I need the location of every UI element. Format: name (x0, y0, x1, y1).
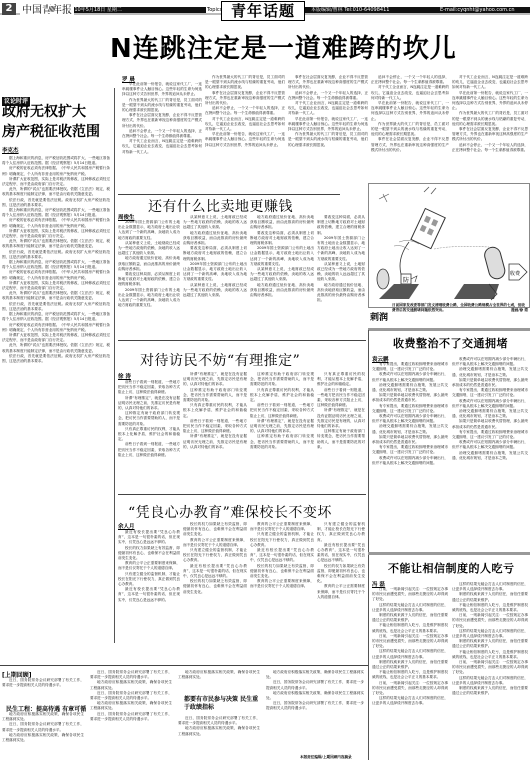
cartoon-credit: 漫画/徐 简 (511, 308, 528, 313)
article5-headline: 收费整治不了交通拥堵 (393, 335, 508, 351)
svg-text:防: 防 (403, 276, 409, 284)
left-author: 李克杰 (2, 146, 19, 154)
cartoon-bottom-rule (368, 328, 530, 331)
article3-col2: 所谓“有理推定”，就是在没有证据证明访民无理之前，先推定访民是有理的，认真对待他… (183, 372, 247, 488)
main-body-col4: 追问不会停止，一个又一个年轻人的选择，正在拷问整个社会。每一个生命都值得被尊重。… (371, 75, 449, 180)
recap-body-col1: 地方政府应积极落实相关政策，确保各项民生工程落到实处。近日，国务院常务会议研究部… (2, 712, 84, 762)
article2-headline: 还有什么比卖地更赚钱 (148, 196, 293, 216)
recap-subhead-2: 都要有市民参与决策 民生重于政绩指标 (184, 696, 260, 712)
article6-col2: 这样的结果无疑会打击人们对制度的信任，让更多的人选择绕开制度去办事。制度的权威来… (452, 582, 528, 761)
article4-col3: 教育的公平公正需要制度来保障，而不是仅仅寄托于个人的道德自律。只有建立健全的监督… (250, 522, 314, 640)
article3-bottom-rule (118, 494, 366, 495)
article3-col1: 前些日子看到一则报道，一些地方把访民当作不稳定因素，采取各种方式阻止上访，这种做… (118, 380, 180, 488)
article4-col4: 只有建立健全的监督机制，才能让校长在阳光下行使权力，真正做到凭良心办教育。最近有… (317, 522, 365, 640)
article3-col3: 这种推定有助于政府部门转变观念，把访民当作需要帮助的人，而不是需要防范的对象。只… (250, 372, 314, 488)
main-body-col5: 对于代工企业而言，N连跳注定是一道难跨的坎儿，它逼迫企业去改变，也逼迫社会去思考… (452, 75, 528, 180)
main-headline: N连跳注定是一道难跨的坎儿 (110, 28, 457, 65)
cartoon-caption: 日前国家发改委等部门发文清理收费公路，全国收费公路规模占全世界的七成，但收费背后… (392, 303, 528, 313)
masthead: 2 中国青年报 ///// 2010年5月18日 星期二 Topics 青年话题… (0, 0, 530, 22)
article2-col1: 2009年国土资源部门公布的土地出让金数据显示，地方政府土地出让收入达到了一个新… (118, 220, 180, 328)
hatch-decoration: ///// (48, 5, 55, 13)
recap-body-col5: 地方政府应积极落实相关政策，确保各项民生工程落到实处。近日，国务院常务会议研究部… (266, 670, 364, 752)
cartoon-illustration: 防 收费 (369, 184, 530, 308)
recap-body-col4: 近日，国务院常务会议研究部署了有关工作，要求进一步提高相关人员的待遇水平。地方政… (178, 716, 260, 762)
svg-text:收费: 收费 (510, 270, 521, 277)
editorial-cartoon: 防 收费 (368, 183, 530, 308)
page-number: 2 (2, 3, 16, 15)
issue-date: 2010年5月18日 星期二 (68, 7, 122, 13)
article5-bottom-rule (368, 552, 530, 555)
article4-headline: “凭良心办教育”难保校长不变坏 (128, 502, 332, 522)
section-title: 青年话题 (221, 1, 305, 21)
recap-body-col2: 近日，国务院常务会议研究部署了有关工作，要求进一步提高相关人员的待遇水平。地方政… (90, 670, 172, 762)
recap-footer: 本版责任编辑/上期回顾内容摘录 (300, 755, 352, 760)
article4-col1: 最近有校长提出要“凭良心办教育”，这本是一句很朴素的话，但在现实中，仅凭良心是远… (118, 530, 180, 640)
article2-col4: 要改变这种局面，必须从制度上切断地方政府对土地财政的依赖，建立合理的财税体制。2… (317, 215, 365, 328)
article3-author: 徐 涛 (118, 372, 131, 380)
left-divider (114, 88, 115, 643)
article6-col1: 日前，一则新闻引起关注：一位按规定办事的市民反而遭受损失，而那些走捷径的人却得到… (372, 587, 448, 761)
article3-col4: 只有真正尊重访民的权利，才能从根本上化解矛盾，维护社会的和谐稳定。前些日子看到一… (317, 372, 365, 488)
main-bottom-rule (118, 194, 340, 195)
editor-info: 本版编辑/曹林 Tel:010-64098411 (311, 7, 389, 13)
main-body-col1: 早在此前第一份报告，就说这家代工厂，一连串跳楼事件让人触目惊心。这些年轻的生命为… (122, 82, 202, 192)
article4-col2: 校长的权力如果缺乏有效监督，即便最初怀有良心，也难保不会在利益面前发生变化。教育… (183, 522, 247, 640)
left-headline-line1: 政府无权扩大 (2, 102, 112, 122)
article2-col2: 从某种意义上说，土地财政已经成为一些地方政府的依赖，卖地的收入远远超过了其他收入… (183, 215, 247, 328)
main-body-col2: 作为世界最大的代工厂的背后是，员工面对的是一眼望不到头的流水线与枯燥的重复劳动，… (205, 75, 285, 192)
article5-col2: 收费或许可以在短期内减少部分车辆出行，但并不能从根本上解决交通拥堵的问题。治理交… (452, 357, 528, 542)
editor-email: E-mail:cyqnht@yahoo.com.cn (440, 7, 515, 13)
article6-headline: 不能让相信制度的人吃亏 (388, 560, 515, 576)
article2-col3: 地方政府通过低价征地、高价卖地获取巨额收益，而由此推高的房价最终由购房者承担。要… (250, 215, 314, 328)
article5-col1: 有专家提出，要通过收取拥堵费来治理城市交通拥堵，这一建议引发了广泛的讨论。收费或… (372, 362, 448, 542)
recap-body-col3: 地方政府应积极落实相关政策，确保各项民生工程落到实处。 (178, 670, 260, 692)
main-body-col3: 事件在社会层面反复发酵，企业不得不反思管理方式，外界也在重新审视这种高强度的生产… (288, 75, 368, 192)
right-divider (368, 330, 369, 760)
lower-rule (0, 665, 368, 666)
left-body: 据上海和重庆的消息，房产税征收范围或将扩大，一些地区准备将个人住房纳入征收范围。… (2, 156, 110, 646)
recap-intro: 近日，国务院常务会议研究部署了有关工作，要求进一步提高相关人员的待遇水平。 (2, 678, 84, 700)
article3-headline: 对待访民不妨“有理推定” (140, 350, 300, 370)
paper-logo: 中国青年报 (20, 1, 74, 16)
left-headline: 政府无权扩大 房产税征收范围 (2, 102, 112, 142)
left-headline-line2: 房产税征收范围 (2, 122, 112, 142)
article2-bottom-rule (118, 340, 366, 341)
cartoon-tag: 刺润 (370, 310, 388, 323)
article4-author: 余人月 (118, 522, 135, 530)
